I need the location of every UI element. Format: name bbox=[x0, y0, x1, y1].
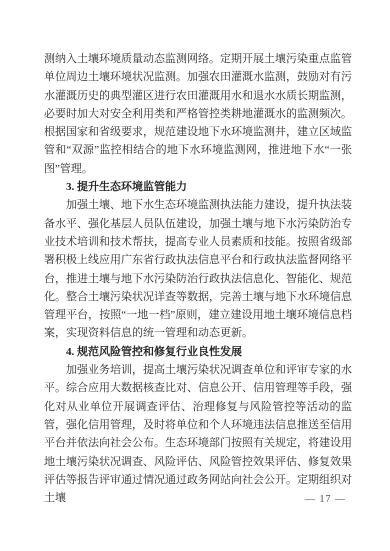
paragraph-section-3: 加强土壤、地下水生态环境监测执法能力建设，提升执法装备水平、强化基层人员队伍建设… bbox=[44, 196, 352, 342]
document-page: 测纳入土壤环境质量动态监测网络。定期开展土壤污染重点监管单位周边土壤环境状况监测… bbox=[0, 0, 390, 551]
page-number: — 17 — bbox=[305, 493, 346, 507]
paragraph-section-4: 加强业务培训，提高土壤污染状况调查单位和评审专家的水平。综合应用大数据核查比对、… bbox=[44, 361, 352, 507]
page-body-text: 测纳入土壤环境质量动态监测网络。定期开展土壤污染重点监管单位周边土壤环境状况监测… bbox=[44, 50, 352, 507]
section-heading-4: 4. 规范风险管控和修复行业良性发展 bbox=[44, 343, 352, 361]
section-heading-3: 3. 提升生态环境监管能力 bbox=[44, 178, 352, 196]
paragraph-continuation: 测纳入土壤环境质量动态监测网络。定期开展土壤污染重点监管单位周边土壤环境状况监测… bbox=[44, 50, 352, 178]
